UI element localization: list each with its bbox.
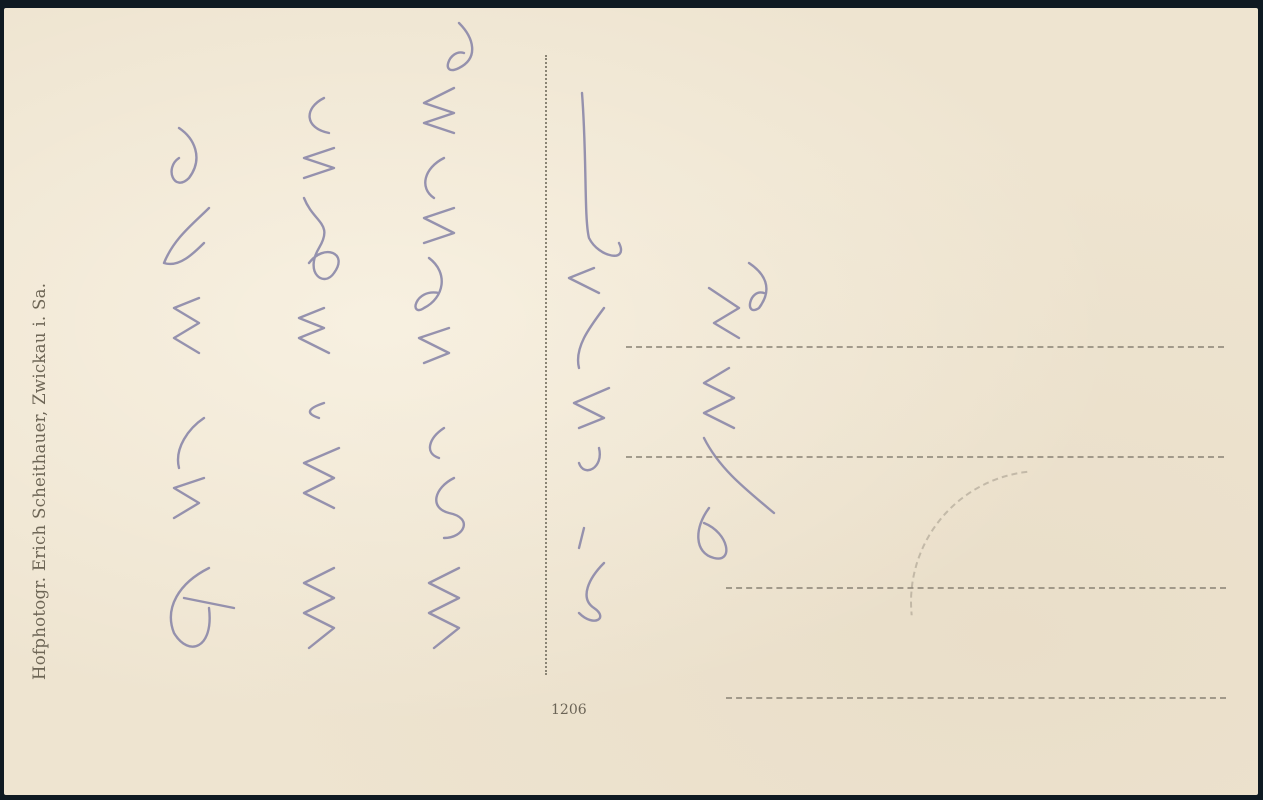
address-line-1 xyxy=(626,346,1224,348)
message-address-divider xyxy=(545,55,547,675)
postcard: Hofphotogr. Erich Scheithauer, Zwickau i… xyxy=(4,8,1258,795)
address-line-4 xyxy=(726,697,1226,699)
handwriting-strokes xyxy=(4,8,1258,795)
address-line-2 xyxy=(626,456,1224,458)
serial-number: 1206 xyxy=(551,702,587,718)
